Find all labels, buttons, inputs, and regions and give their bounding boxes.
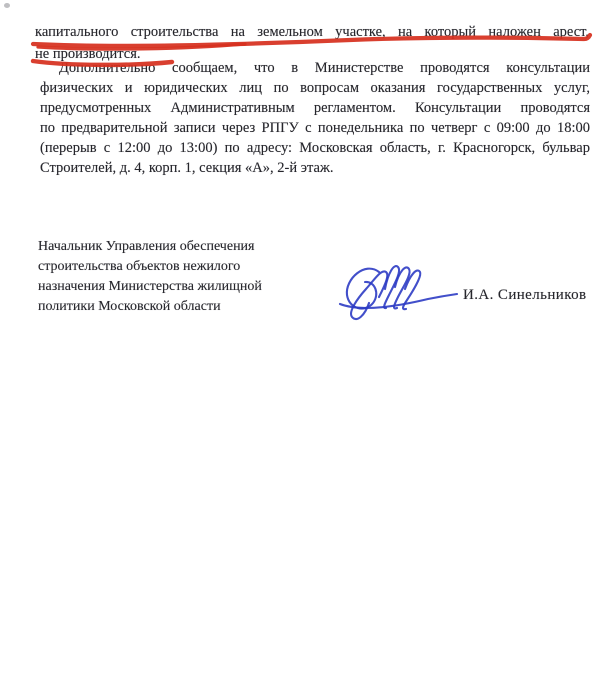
signature-stroke — [351, 271, 387, 319]
text-line: капитального строительства на земельном … — [35, 21, 589, 43]
text-line: политики Московской области — [38, 297, 318, 317]
signatory-title-block: Начальник Управления обеспечения строите… — [38, 237, 318, 317]
signatory-name: И.А. Синельников — [463, 287, 587, 304]
info-paragraph: Дополнительно сообщаем, что в Министерст… — [40, 58, 590, 178]
scan-artifact-speck — [4, 3, 10, 8]
text-line: (перерыв с 12:00 до 13:00) по адресу: Мо… — [40, 138, 590, 158]
signature-stroke — [347, 269, 379, 309]
scanned-letter-page: капитального строительства на земельном … — [0, 0, 607, 687]
text-line: по предварительной записи через РПГУ с п… — [40, 118, 590, 138]
text-line: строительства объектов нежилого — [38, 257, 318, 277]
signature-icon — [333, 257, 468, 325]
signature-stroke — [394, 267, 410, 308]
text-line: Начальник Управления обеспечения — [38, 237, 318, 257]
text-line: физических и юридических лиц по вопросам… — [40, 78, 590, 98]
text-line: назначения Министерства жилищной — [38, 277, 318, 297]
text-line: Строителей, д. 4, корп. 1, секция «А», 2… — [40, 158, 590, 178]
text-line: Дополнительно сообщаем, что в Министерст… — [40, 58, 590, 78]
text-line: предусмотренных Административным регламе… — [40, 98, 590, 118]
